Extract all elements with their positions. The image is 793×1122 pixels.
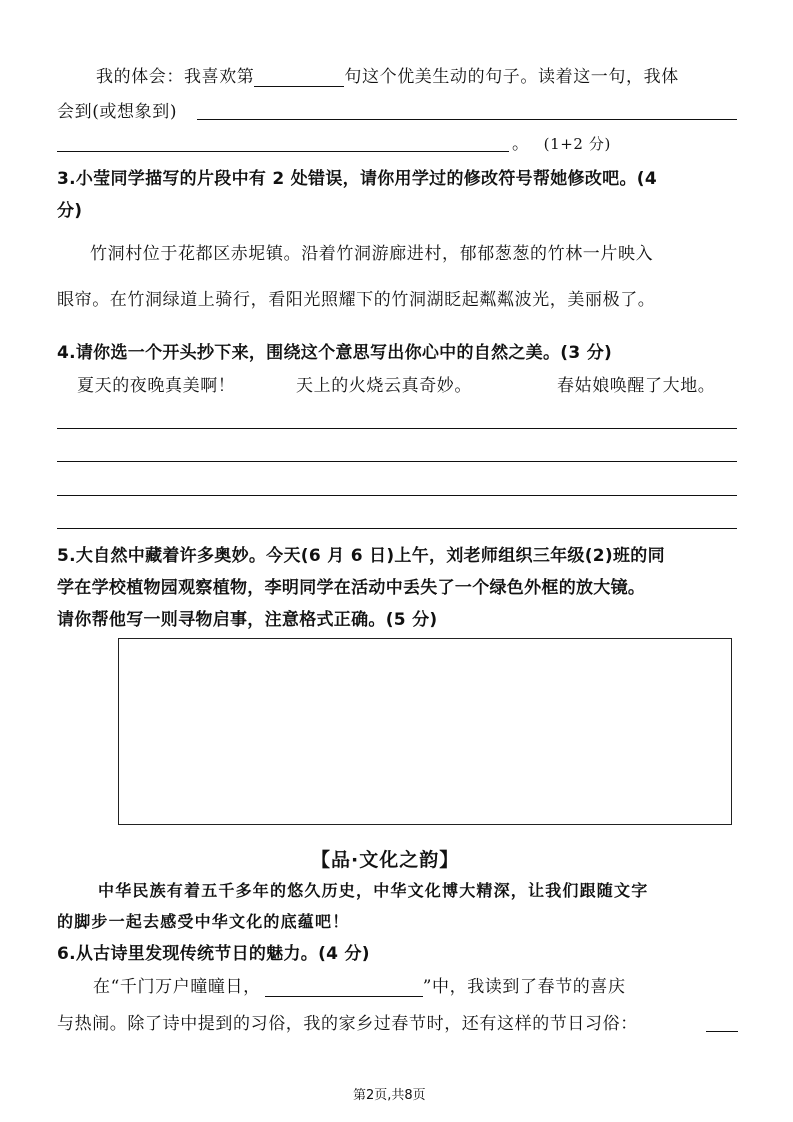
q6-line1-after: ”中，我读到了春节的喜庆	[423, 977, 626, 997]
q2-reflection-line1: 我的体会：我喜欢第句这个优美生动的句子。读着这一句，我体	[96, 67, 679, 87]
q4-answer-line-2[interactable]	[57, 461, 737, 462]
q2-period: 。	[512, 134, 530, 154]
q6-custom-blank[interactable]	[706, 1031, 738, 1032]
q4-answer-line-3[interactable]	[57, 495, 737, 496]
q2-line2-before: 会到(或想象到)	[57, 102, 177, 122]
page-number: 第2页,共8页	[353, 1084, 426, 1103]
q4-answer-line-4[interactable]	[57, 528, 737, 529]
q2-line1-after: 句这个优美生动的句子。读着这一句，我体	[344, 67, 678, 87]
section-intro-line1: 中华民族有着五千多年的悠久历史，中华文化博大精深，让我们跟随文字	[98, 881, 648, 901]
q2-score: (1+2 分)	[544, 135, 611, 153]
q3-prompt-line2: 分)	[57, 201, 82, 221]
q3-passage-line2: 眼帘。在竹洞绿道上骑行，看阳光照耀下的竹洞湖眨起粼粼波光，美丽极了。	[57, 290, 655, 310]
section-title: 【品·文化之韵】	[311, 845, 459, 872]
q2-line1-before: 我的体会：我喜欢第	[96, 67, 254, 87]
q4-option-2: 天上的火烧云真奇妙。	[296, 376, 472, 396]
q2-answer-blank-1[interactable]	[197, 119, 737, 120]
q4-answer-line-1[interactable]	[57, 428, 737, 429]
q2-answer-blank-2[interactable]	[57, 151, 509, 152]
q2-line3-end: 。 (1+2 分)	[512, 134, 611, 154]
q6-line2-text: 与热闹。除了诗中提到的习俗，我的家乡过春节时，还有这样的节日习俗：	[57, 1014, 638, 1034]
q5-prompt-line2: 学在学校植物园观察植物，李明同学在活动中丢失了一个绿色外框的放大镜。	[57, 578, 645, 598]
q5-prompt-line1: 5.大自然中藏着许多奥妙。今天(6 月 6 日)上午，刘老师组织三年级(2)班的…	[57, 546, 665, 566]
q6-prompt: 6.从古诗里发现传统节日的魅力。(4 分)	[57, 944, 370, 964]
q6-line1-before: 在“千门万户曈曈日，	[93, 977, 261, 997]
q4-option-1: 夏天的夜晚真美啊！	[77, 376, 235, 396]
q6-line2: 与热闹。除了诗中提到的习俗，我的家乡过春节时，还有这样的节日习俗：	[57, 1014, 638, 1034]
q6-line1: 在“千门万户曈曈日，”中，我读到了春节的喜庆	[93, 977, 626, 997]
q3-prompt-line1: 3.小莹同学描写的片段中有 2 处错误，请你用学过的修改符号帮她修改吧。(4	[57, 169, 657, 189]
q2-sentence-number-blank[interactable]	[254, 69, 344, 87]
q5-prompt-line3: 请你帮他写一则寻物启事，注意格式正确。(5 分)	[57, 610, 438, 630]
q5-answer-box[interactable]	[118, 638, 732, 825]
section-intro-line2: 的脚步一起去感受中华文化的底蕴吧！	[57, 912, 349, 932]
q6-poem-blank[interactable]	[265, 979, 423, 997]
q4-prompt: 4.请你选一个开头抄下来，围绕这个意思写出你心中的自然之美。(3 分)	[57, 343, 612, 363]
q3-passage-line1: 竹洞村位于花都区赤坭镇。沿着竹洞游廊进村，郁郁葱葱的竹林一片映入	[90, 244, 653, 264]
q4-option-3: 春姑娘唤醒了大地。	[557, 376, 715, 396]
q2-reflection-line2: 会到(或想象到)	[57, 102, 177, 122]
